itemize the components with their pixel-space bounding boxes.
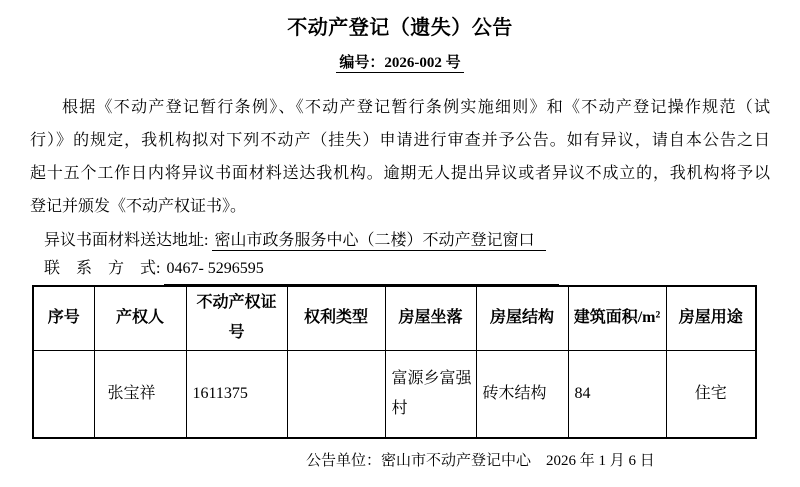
- paragraph-line: 登记并颁发《不动产权证书》。: [30, 190, 770, 223]
- cell-cert-no: 1611375: [186, 350, 287, 438]
- address-line: 异议书面材料送达地址: 密山市政务服务中心（二楼）不动产登记窗口: [44, 227, 800, 255]
- paragraph-line: 起十五个工作日内将异议书面材料送达我机构。逾期无人提出异议或者异议不成立的，我机…: [30, 157, 770, 190]
- page-title: 不动产登记（遗失）公告: [0, 14, 800, 42]
- footer-issuer-date: 公告单位：密山市不动产登记中心 2026 年 1 月 6 日: [306, 450, 800, 472]
- cell-structure: 砖木结构: [476, 350, 568, 438]
- address-label: 异议书面材料送达地址:: [44, 232, 208, 249]
- paragraph-line: 根据《不动产登记暂行条例》、《不动产登记暂行条例实施细则》和《不动产登记操作规范…: [30, 91, 770, 124]
- contact-value: 0467- 5296595: [164, 255, 559, 285]
- col-header-usage: 房屋用途: [666, 286, 756, 350]
- col-header-area: 建筑面积/m²: [568, 286, 666, 350]
- col-header-cert-no: 不动产权证号: [186, 286, 287, 350]
- table-row: 张宝祥 1611375 富源乡富强村 砖木结构 84 住宅: [33, 350, 756, 438]
- doc-number-line: 编号：2026-002 号: [0, 53, 800, 73]
- address-value: 密山市政务服务中心（二楼）不动产登记窗口: [212, 232, 546, 251]
- col-header-right-type: 权利类型: [287, 286, 385, 350]
- cell-area: 84: [568, 350, 666, 438]
- cell-usage: 住宅: [666, 350, 756, 438]
- cell-right-type: [287, 350, 385, 438]
- table-header-row: 序号 产权人 不动产权证号 权利类型 房屋坐落 房屋结构 建筑面积/m² 房屋用…: [33, 286, 756, 350]
- cell-owner: 张宝祥: [94, 350, 186, 438]
- cell-location: 富源乡富强村: [385, 350, 476, 438]
- doc-number-value: 编号：2026-002 号: [336, 55, 463, 73]
- notice-body-paragraph: 根据《不动产登记暂行条例》、《不动产登记暂行条例实施细则》和《不动产登记操作规范…: [30, 91, 770, 223]
- col-header-seq: 序号: [33, 286, 94, 350]
- col-header-structure: 房屋结构: [476, 286, 568, 350]
- col-header-location: 房屋坐落: [385, 286, 476, 350]
- cell-seq: [33, 350, 94, 438]
- col-header-owner: 产权人: [94, 286, 186, 350]
- contact-label: 联 系 方 式:: [44, 260, 160, 277]
- property-notice-table: 序号 产权人 不动产权证号 权利类型 房屋坐落 房屋结构 建筑面积/m² 房屋用…: [32, 285, 757, 439]
- contact-line: 联 系 方 式: 0467- 5296595: [44, 255, 800, 285]
- paragraph-line: 行）》的规定，我机构拟对下列不动产（挂失）申请进行审查并予公告。如有异议，请自本…: [30, 124, 770, 157]
